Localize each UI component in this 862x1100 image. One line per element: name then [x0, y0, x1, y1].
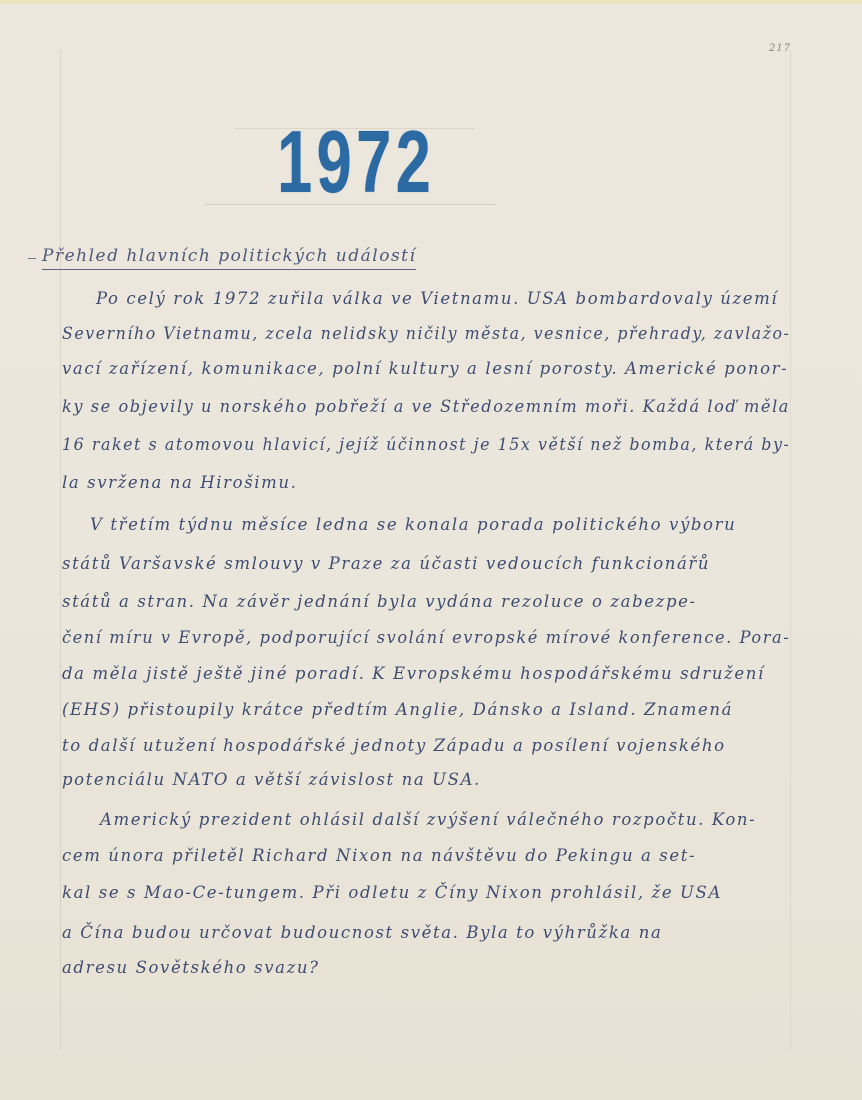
paragraph-1-line-5: 16 raket s atomovou hlavicí, jejíž účinn… [62, 437, 790, 454]
paragraph-2-line-8: potenciálu NATO a větší závislost na USA… [62, 772, 481, 789]
paragraph-1-line-2: Severního Vietnamu, zcela nelidsky ničil… [62, 326, 790, 343]
paragraph-3-line-5: adresu Sovětského svazu? [62, 960, 320, 977]
paragraph-1-line-3: vací zařízení, komunikace, polní kultury… [62, 361, 788, 378]
paragraph-3-line-4: a Čína budou určovat budoucnost světa. B… [62, 925, 662, 942]
paragraph-2-line-5: da měla jistě ještě jiné poradí. K Evrop… [62, 666, 765, 683]
paragraph-1-line-6: la svržena na Hirošimu. [62, 475, 297, 492]
paragraph-2-line-3: států a stran. Na závěr jednání byla vyd… [62, 594, 697, 611]
handwritten-chronicle-page: 217 1972 Přehled hlavních politických ud… [0, 0, 862, 1100]
section-dash-mark [28, 258, 36, 259]
year-title: 1972 [277, 118, 435, 206]
page-number: 217 [769, 43, 791, 54]
paragraph-1-line-1: Po celý rok 1972 zuřila válka ve Vietnam… [96, 291, 778, 308]
paragraph-2-line-7: to další utužení hospodářské jednoty Záp… [62, 738, 726, 755]
paragraph-2-line-4: čení míru v Evropě, podporující svolání … [62, 630, 790, 647]
paragraph-3-line-2: cem února přiletěl Richard Nixon na návš… [62, 848, 696, 865]
paragraph-2-line-2: států Varšavské smlouvy v Praze za účast… [62, 556, 710, 573]
paragraph-3-line-3: kal se s Mao-Ce-tungem. Při odletu z Čín… [62, 885, 722, 902]
title-guide-line-bottom [205, 204, 495, 205]
left-margin-line [60, 50, 61, 1050]
paragraph-3-line-1: Americký prezident ohlásil další zvýšení… [100, 812, 756, 829]
section-heading: Přehled hlavních politických událostí [42, 246, 416, 270]
paragraph-1-line-4: ky se objevily u norského pobřeží a ve S… [62, 399, 790, 416]
paragraph-2-line-1: V třetím týdnu měsíce ledna se konala po… [90, 517, 736, 534]
paragraph-2-line-6: (EHS) přistoupily krátce předtím Anglie,… [62, 702, 733, 719]
right-margin-line [790, 50, 791, 1050]
paper-top-edge [0, 0, 862, 4]
